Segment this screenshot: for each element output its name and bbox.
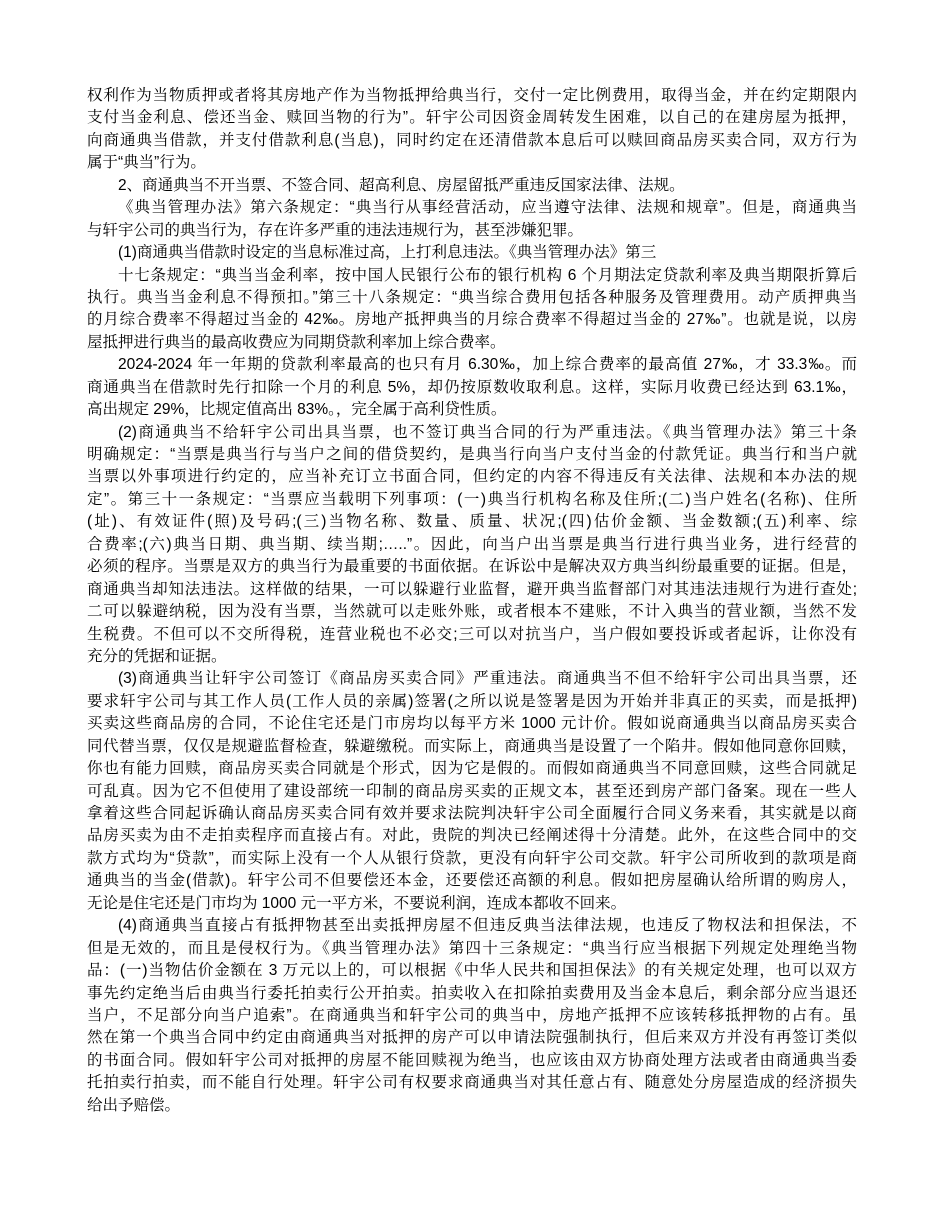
document-page: 权利作为当物质押或者将其房地产作为当物抵押给典当行，交付一定比例费用，取得当金，… [87,85,857,1117]
document-line: 执行。典当当金利息不得预扣。”第三十八条规定：“典当综合费用包括各种服务及管理费… [87,287,857,309]
document-line: 必须的程序。当票是双方的典当行为最重要的书面依据。在诉讼中是解决双方典当纠纷最重… [87,556,857,578]
document-line: 无论是住宅还是门市均为 1000 元一平方米，不要说利润，连成本都收不回来。 [87,893,857,915]
document-line: 要求轩宇公司与其工作人员(工作人员的亲属)签署(之所以说是签署是因为开始并非真正… [87,691,857,713]
document-line: 2、商通典当不开当票、不签合同、超高利息、房屋留抵严重违反国家法律、法规。 [87,175,857,197]
document-line: 托拍卖行拍卖，而不能自行处理。轩宇公司有权要求商通典当对其任意占有、随意处分房屋… [87,1072,857,1094]
document-line: 向商通典当借款，并支付借款利息(当息)，同时约定在还清借款本息后可以赎回商品房买… [87,130,857,152]
document-line: 你也有能力回赎，商品房买卖合同就是个形式，因为它是假的。而假如商通典当不同意回赎… [87,758,857,780]
document-line: 2024-2024 年一年期的贷款利率最高的也只有月 6.30‰，加上综合费率的… [87,354,857,376]
document-line: 合费率;(六)典当日期、典当期、续当期;…..”。因此，向当户出当票是典当行进行… [87,534,857,556]
document-line: (3)商通典当让轩宇公司签订《商品房买卖合同》严重违法。商通典当不但不给轩宇公司… [87,668,857,690]
document-line: 品房买卖为由不走拍卖程序而直接占有。对此，贵院的判决已经阐述得十分清楚。此外，在… [87,825,857,847]
document-line: 定”。第三十一条规定：“当票应当载明下列事项：(一)典当行机构名称及住所;(二)… [87,489,857,511]
document-line: 的书面合同。假如轩宇公司对抵押的房屋不能回赎视为绝当，也应该由双方协商处理方法或… [87,1050,857,1072]
document-line: 二可以躲避纳税，因为没有当票，当然就可以走账外账，或者根本不建账，不计入典当的营… [87,601,857,623]
document-line: 明确规定：“当票是典当行与当户之间的借贷契约，是典当行向当户支付当金的付款凭证。… [87,444,857,466]
document-line: 与轩宇公司的典当行为，存在许多严重的违法违规行为，甚至涉嫌犯罪。 [87,220,857,242]
document-line: 品：(一)当物估价金额在 3 万元以上的，可以根据《中华人民共和国担保法》的有关… [87,960,857,982]
document-line: 买卖这些商品房的合同，不论住宅还是门市房均以每平方米 1000 元计价。假如说商… [87,713,857,735]
document-line: 然在第一个典当合同中约定由商通典当对抵押的房产可以申请法院强制执行，但后来双方并… [87,1027,857,1049]
document-line: (址)、有效证件(照)及号码;(三)当物名称、数量、质量、状况;(四)估价金额、… [87,511,857,533]
document-line: (2)商通典当不给轩宇公司出具当票，也不签订典当合同的行为严重违法。《典当管理办… [87,422,857,444]
document-line: (1)商通典当借款时设定的当息标准过高，上打利息违法。《典当管理办法》第三 [87,242,857,264]
document-line: 款方式均为“贷款”，而实际上没有一个人从银行贷款，更没有向轩宇公司交款。轩宇公司… [87,848,857,870]
document-line: 生税费。不但可以不交所得税，连营业税也不必交;三可以对抗当户，当户假如要投诉或者… [87,624,857,646]
document-line: 商通典当却知法违法。这样做的结果，一可以躲避行业监督，避开典当监督部门对其违法违… [87,579,857,601]
document-line: 可乱真。因为它不但使用了建设部统一印制的商品房买卖的正规文本，甚至还到房产部门备… [87,781,857,803]
document-line: 事先约定绝当后由典当行委托拍卖行公开拍卖。拍卖收入在扣除拍卖费用及当金本息后，剩… [87,983,857,1005]
document-line: 属于“典当”行为。 [87,152,857,174]
document-line: 拿着这些合同起诉确认商品房买卖合同有效并要求法院判决轩宇公司全面履行合同义务来看… [87,803,857,825]
document-line: 给出予赔偿。 [87,1095,857,1117]
document-line: 高出规定 29%，比规定值高出 83%。，完全属于高利贷性质。 [87,399,857,421]
document-line: 同代替当票，仅仅是规避监督检查，躲避缴税。而实际上，商通典当是设置了一个陷井。假… [87,736,857,758]
document-line: 的月综合费率不得超过当金的 42‰。房地产抵押典当的月综合费率不得超过当金的 2… [87,309,857,331]
document-line: 通典当的当金(借款)。轩宇公司不但要偿还本金，还要偿还高额的利息。假如把房屋确认… [87,870,857,892]
document-line: 当户，不足部分向当户追索”。在商通典当和轩宇公司的典当中，房地产抵押不应该转移抵… [87,1005,857,1027]
document-line: (4)商通典当直接占有抵押物甚至出卖抵押房屋不但违反典当法律法规，也违反了物权法… [87,915,857,937]
document-line: 十七条规定：“典当当金利率，按中国人民银行公布的银行机构 6 个月期法定贷款利率… [87,265,857,287]
document-line: 屋抵押进行典当的最高收费应为同期贷款利率加上综合费率。 [87,332,857,354]
document-line: 支付当金利息、偿还当金、赎回当物的行为”。轩宇公司因资金周转发生困难，以自己的在… [87,107,857,129]
document-line: 《典当管理办法》第六条规定：“典当行从事经营活动，应当遵守法律、法规和规章”。但… [87,197,857,219]
document-line: 充分的凭据和证据。 [87,646,857,668]
document-line: 当票以外事项进行约定的，应当补充订立书面合同，但约定的内容不得违反有关法律、法规… [87,466,857,488]
document-line: 商通典当在借款时先行扣除一个月的利息 5%，却仍按原数收取利息。这样，实际月收费… [87,377,857,399]
document-line: 但是无效的，而且是侵权行为。《典当管理办法》第四十三条规定：“典当行应当根据下列… [87,938,857,960]
document-line: 权利作为当物质押或者将其房地产作为当物抵押给典当行，交付一定比例费用，取得当金，… [87,85,857,107]
